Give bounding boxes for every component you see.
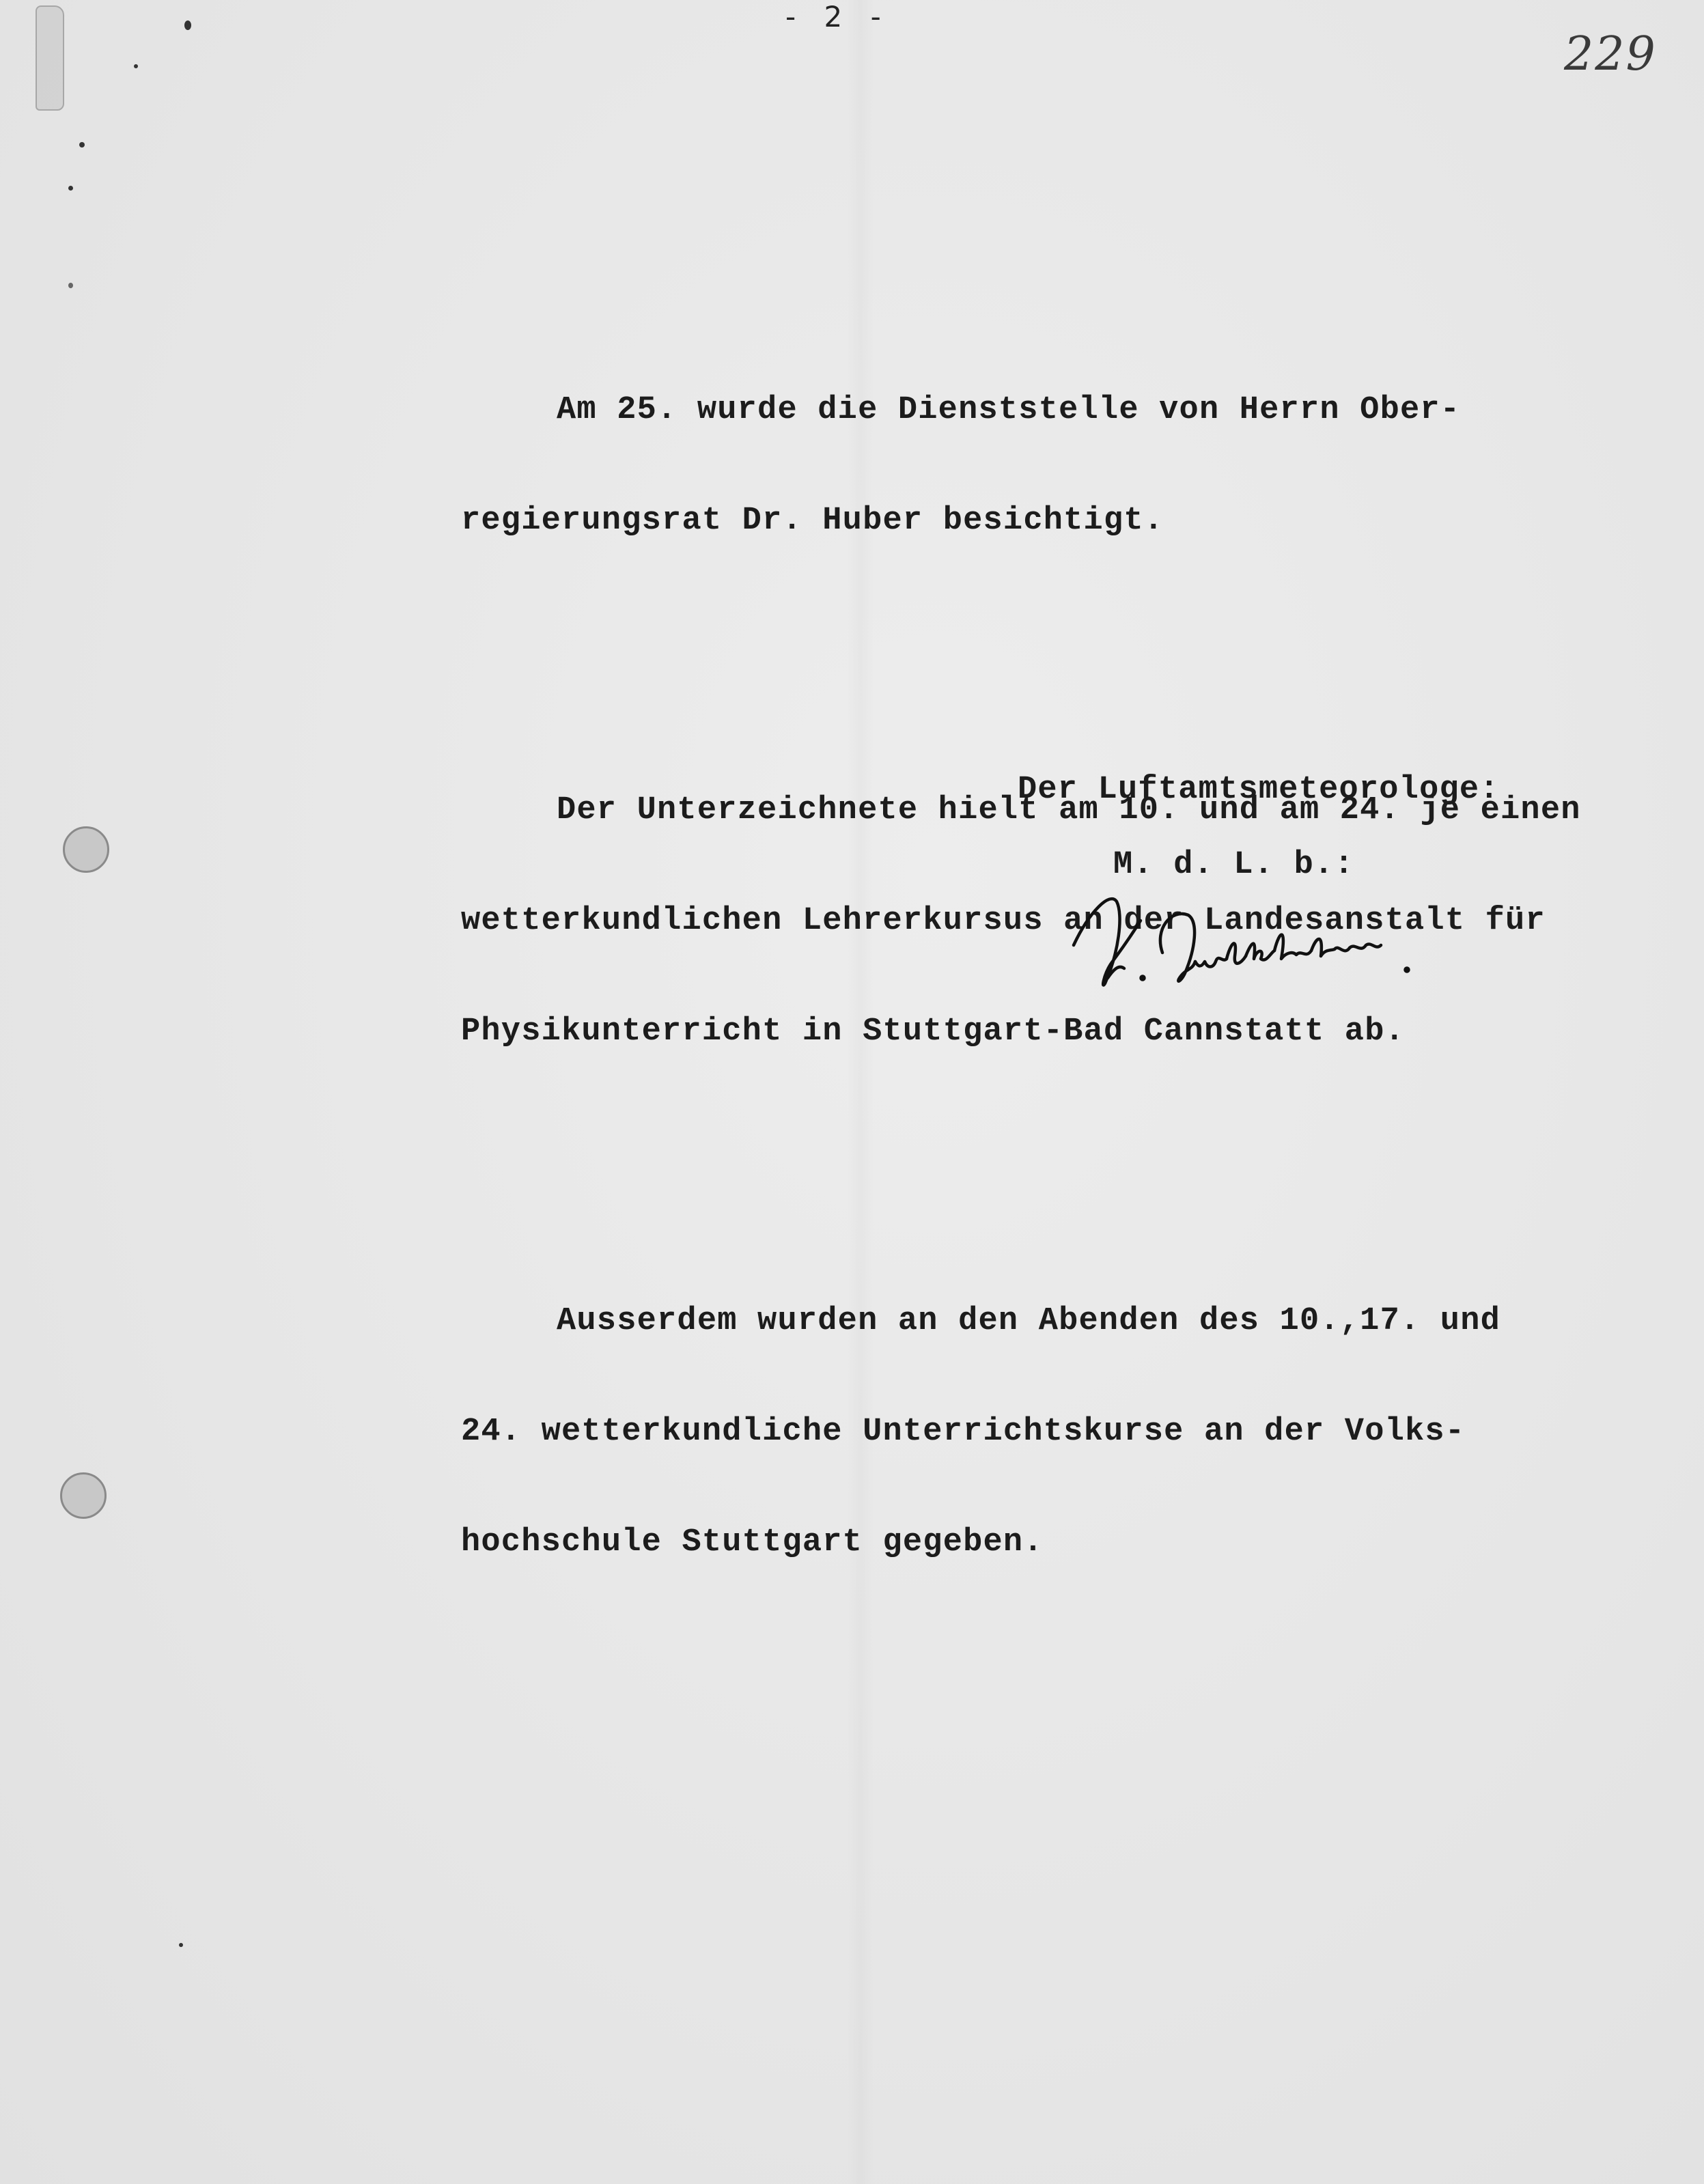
text-line: Am 25. wurde die Dienststelle von Herrn … [461, 392, 1636, 429]
ink-speck [79, 142, 85, 148]
ink-speck [68, 283, 73, 288]
document-page: - 2 - 229 Am 25. wurde die Dienststelle … [0, 0, 1704, 2184]
punch-hole-upper [63, 826, 109, 873]
text-line: hochschule Stuttgart gegeben. [461, 1524, 1636, 1561]
torn-margin-mark [36, 5, 64, 111]
punch-hole-lower [60, 1472, 107, 1519]
closing-title: Der Luftamtsmeteorologe: [1018, 772, 1500, 808]
ink-speck [134, 64, 138, 68]
page-number: - 2 - [785, 0, 891, 33]
ink-speck [179, 1943, 183, 1947]
archive-folio-number: 229 [1564, 27, 1657, 81]
text-line: Physikunterricht in Stuttgart-Bad Cannst… [461, 1013, 1636, 1050]
paragraph-inspection: Am 25. wurde die Dienststelle von Herrn … [461, 318, 1636, 613]
text-line: regierungsrat Dr. Huber besichtigt. [461, 503, 1636, 540]
ink-speck [68, 186, 73, 191]
paragraph-evening-courses: Ausserdem wurden an den Abenden des 10.,… [461, 1229, 1636, 1635]
handwritten-signature: Dr. Dinkelacker. [1052, 888, 1598, 1004]
on-behalf-abbreviation: M. d. L. b.: [1113, 847, 1354, 883]
ink-speck [184, 20, 191, 30]
text-line: 24. wetterkundliche Unterrichtskurse an … [461, 1414, 1636, 1451]
text-line: Ausserdem wurden an den Abenden des 10.,… [461, 1303, 1636, 1340]
